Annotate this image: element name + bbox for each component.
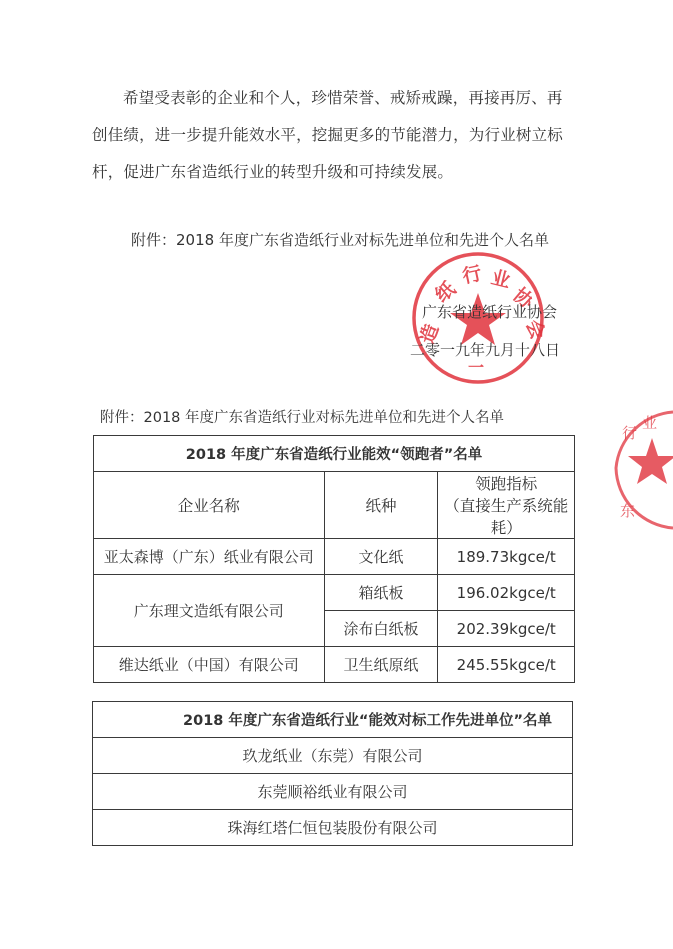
svg-text:东: 东 — [620, 502, 635, 520]
leaders-table: 2018 年度广东省造纸行业能效“领跑者”名单 企业名称 纸种 领跑指标 （直接… — [93, 435, 575, 683]
advanced-units-title: 2018 年度广东省造纸行业“能效对标工作先进单位”名单 — [93, 702, 573, 738]
svg-text:业: 业 — [489, 267, 513, 293]
advanced-units-table: 2018 年度广东省造纸行业“能效对标工作先进单位”名单 玖龙纸业（东莞）有限公… — [92, 701, 573, 846]
paper-type-cell: 涂布白纸板 — [324, 611, 438, 647]
header-indicator-sub: （直接生产系统能耗） — [438, 494, 574, 538]
indicator-cell: 189.73kgce/t — [438, 539, 575, 575]
paragraph-text: 希望受表彰的企业和个人，珍惜荣誉、戒矫戒躁，再接再厉、再 — [123, 89, 563, 107]
svg-text:一: 一 — [468, 358, 484, 377]
paragraph-line-1: 希望受表彰的企业和个人，珍惜荣誉、戒矫戒躁，再接再厉、再 — [92, 80, 578, 117]
header-paper-type: 纸种 — [324, 472, 438, 539]
svg-text:行: 行 — [622, 424, 637, 442]
attachment-heading: 附件：2018 年度广东省造纸行业对标先进单位和先进个人名单 — [100, 406, 504, 427]
leaders-table-title: 2018 年度广东省造纸行业能效“领跑者”名单 — [94, 436, 575, 472]
table-row: 玖龙纸业（东莞）有限公司 — [93, 738, 573, 774]
header-indicator-label: 领跑指标 — [438, 472, 574, 494]
indicator-cell: 196.02kgce/t — [438, 575, 575, 611]
paper-type-cell: 文化纸 — [324, 539, 438, 575]
unit-cell: 玖龙纸业（东莞）有限公司 — [93, 738, 573, 774]
svg-text:行: 行 — [460, 261, 483, 287]
company-cell: 亚太森博（广东）纸业有限公司 — [94, 539, 325, 575]
table-row: 广东理文造纸有限公司 箱纸板 196.02kgce/t — [94, 575, 575, 611]
company-cell: 广东理文造纸有限公司 — [94, 575, 325, 647]
table-row: 维达纸业（中国）有限公司 卫生纸原纸 245.55kgce/t — [94, 647, 575, 683]
table-row: 东莞顺裕纸业有限公司 — [93, 774, 573, 810]
header-indicator: 领跑指标 （直接生产系统能耗） — [438, 472, 575, 539]
paragraph-line-3: 杆，促进广东省造纸行业的转型升级和可持续发展。 — [92, 154, 578, 191]
paper-type-cell: 卫生纸原纸 — [324, 647, 438, 683]
indicator-cell: 202.39kgce/t — [438, 611, 575, 647]
unit-cell: 东莞顺裕纸业有限公司 — [93, 774, 573, 810]
indicator-cell: 245.55kgce/t — [438, 647, 575, 683]
paragraph-line-2: 创佳绩，进一步提升能效水平，挖掘更多的节能潜力，为行业树立标 — [92, 117, 578, 154]
table-row: 珠海红塔仁恒包装股份有限公司 — [93, 810, 573, 846]
attachment-note: 附件：2018 年度广东省造纸行业对标先进单位和先进个人名单 — [131, 229, 549, 250]
svg-text:业: 业 — [642, 414, 657, 432]
partial-seal-icon: 行 业 东 — [612, 398, 673, 548]
unit-cell: 珠海红塔仁恒包装股份有限公司 — [93, 810, 573, 846]
company-cell: 维达纸业（中国）有限公司 — [94, 647, 325, 683]
table-row: 亚太森博（广东）纸业有限公司 文化纸 189.73kgce/t — [94, 539, 575, 575]
header-company: 企业名称 — [94, 472, 325, 539]
signature-date: 二零一九年九月十八日 — [410, 339, 560, 360]
paper-type-cell: 箱纸板 — [324, 575, 438, 611]
body-paragraph: 希望受表彰的企业和个人，珍惜荣誉、戒矫戒躁，再接再厉、再 创佳绩，进一步提升能效… — [92, 80, 578, 191]
signature-organization: 广东省造纸行业协会 — [422, 301, 557, 322]
